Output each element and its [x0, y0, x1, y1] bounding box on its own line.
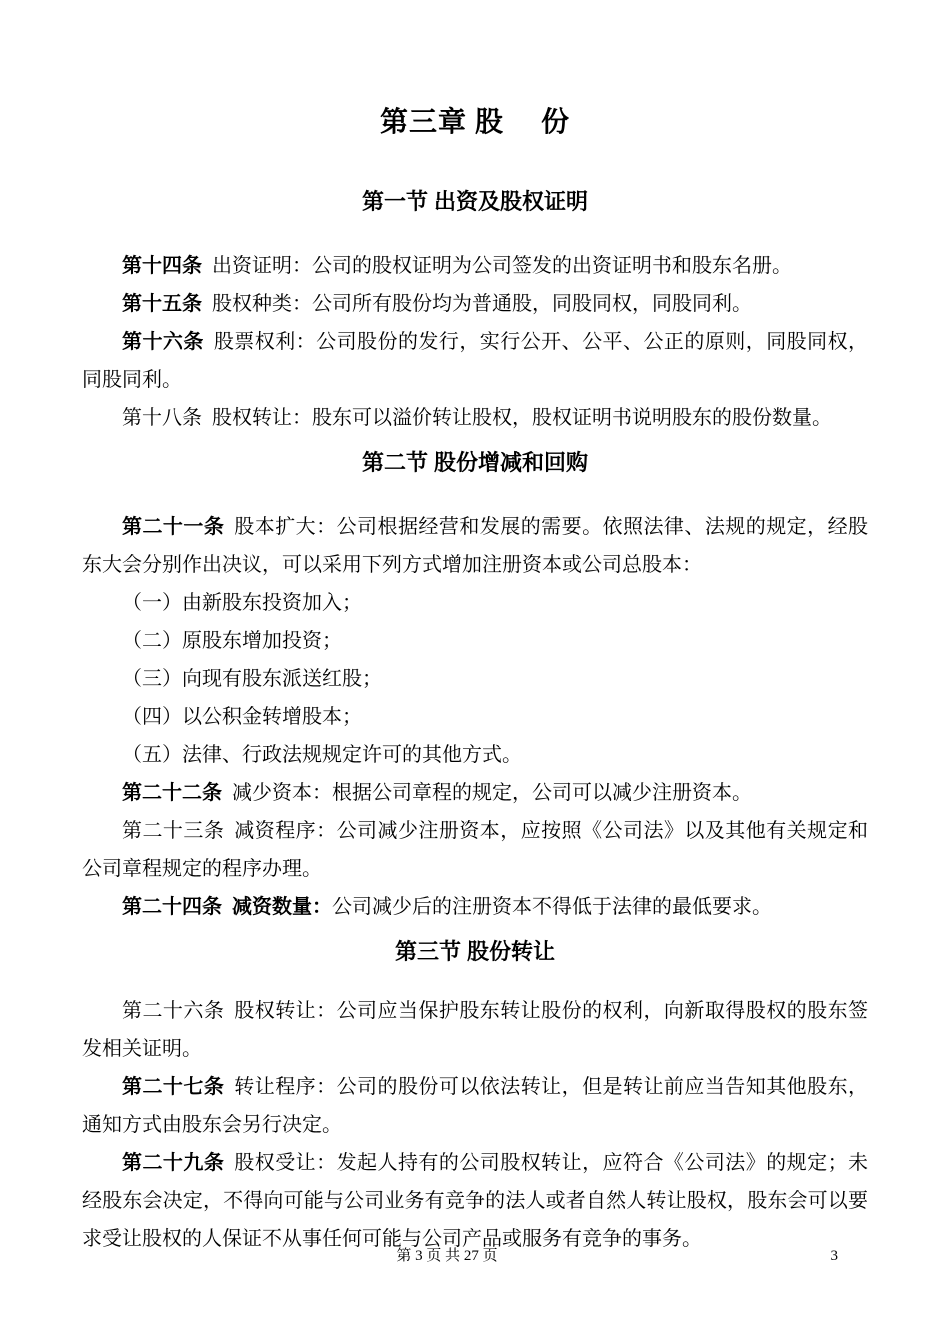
- article-term: 股权种类：: [212, 293, 312, 315]
- list-item-text: （四）以公积金转增股本；: [122, 706, 362, 728]
- article-18: 第十八条股权转让：股东可以溢价转让股权，股权证明书说明股东的股份数量。: [82, 399, 868, 437]
- article-number: 第二十四条: [122, 896, 222, 918]
- article-27: 第二十七条转让程序：公司的股份可以依法转让，但是转让前应当告知其他股东，通知方式…: [82, 1068, 868, 1144]
- article-text: 根据公司章程的规定，公司可以减少注册资本。: [332, 782, 752, 804]
- article-term: 股票权利：: [214, 331, 316, 353]
- article-term: 减少资本：: [232, 782, 332, 804]
- article-number: 第十八条: [122, 407, 202, 429]
- article-text: 公司的股权证明为公司签发的出资证明书和股东名册。: [312, 255, 792, 277]
- article-term: 转让程序：: [234, 1076, 336, 1098]
- list-item-text: （一）由新股东投资加入；: [122, 592, 362, 614]
- article-number: 第二十二条: [122, 782, 222, 804]
- method-item-4: （四）以公积金转增股本；: [82, 698, 868, 736]
- article-text: 公司减少后的注册资本不得低于法律的最低要求。: [332, 896, 772, 918]
- document-content: 第三章 股 份 第一节 出资及股权证明 第十四条出资证明：公司的股权证明为公司签…: [0, 0, 950, 1258]
- article-number: 第十五条: [122, 293, 202, 315]
- article-21: 第二十一条股本扩大：公司根据经营和发展的需要。依照法律、法规的规定，经股东大会分…: [82, 508, 868, 584]
- method-item-1: （一）由新股东投资加入；: [82, 584, 868, 622]
- article-term: 减资程序：: [234, 820, 336, 842]
- article-number: 第二十六条: [122, 1000, 224, 1022]
- section-heading-3: 第三节 股份转让: [82, 937, 868, 967]
- article-number: 第二十一条: [122, 516, 224, 538]
- article-number: 第十四条: [122, 255, 202, 277]
- article-text: 股东可以溢价转让股权，股权证明书说明股东的股份数量。: [312, 407, 832, 429]
- article-text: 公司所有股份均为普通股，同股同权，同股同利。: [312, 293, 752, 315]
- article-14: 第十四条出资证明：公司的股权证明为公司签发的出资证明书和股东名册。: [82, 247, 868, 285]
- article-number: 第二十三条: [122, 820, 224, 842]
- footer-page-number: 3: [831, 1246, 839, 1266]
- article-term: 股权转让：: [234, 1000, 336, 1022]
- article-24: 第二十四条减资数量：公司减少后的注册资本不得低于法律的最低要求。: [82, 888, 868, 926]
- list-item-text: （二）原股东增加投资；: [122, 630, 342, 652]
- article-term: 股权转让：: [212, 407, 312, 429]
- article-number: 第十六条: [122, 331, 204, 353]
- article-23: 第二十三条减资程序：公司减少注册资本，应按照《公司法》以及其他有关规定和公司章程…: [82, 812, 868, 888]
- article-term: 股本扩大：: [234, 516, 336, 538]
- chapter-title: 第三章 股 份: [82, 103, 868, 143]
- article-number: 第二十七条: [122, 1076, 224, 1098]
- article-26: 第二十六条股权转让：公司应当保护股东转让股份的权利，向新取得股权的股东签发相关证…: [82, 992, 868, 1068]
- footer-page-info: 第 3 页 共 27 页: [396, 1246, 497, 1266]
- list-item-text: （三）向现有股东派送红股；: [122, 668, 382, 690]
- article-number: 第二十九条: [122, 1152, 224, 1174]
- article-16: 第十六条股票权利：公司股份的发行，实行公开、公平、公正的原则，同股同权，同股同利…: [82, 323, 868, 399]
- document-page: 第三章 股 份 第一节 出资及股权证明 第十四条出资证明：公司的股权证明为公司签…: [0, 0, 950, 1344]
- section-heading-2: 第二节 股份增减和回购: [82, 448, 868, 478]
- method-item-3: （三）向现有股东派送红股；: [82, 660, 868, 698]
- article-29: 第二十九条股权受让：发起人持有的公司股权转让，应符合《公司法》的规定；未经股东会…: [82, 1144, 868, 1258]
- list-item-text: （五）法律、行政法规规定许可的其他方式。: [122, 744, 522, 766]
- method-item-5: （五）法律、行政法规规定许可的其他方式。: [82, 736, 868, 774]
- page-footer: 第 3 页 共 27 页 3: [0, 1246, 950, 1272]
- article-15: 第十五条股权种类：公司所有股份均为普通股，同股同权，同股同利。: [82, 285, 868, 323]
- section-heading-1: 第一节 出资及股权证明: [82, 187, 868, 217]
- article-term: 减资数量：: [232, 896, 332, 918]
- article-term: 出资证明：: [212, 255, 312, 277]
- article-22: 第二十二条减少资本：根据公司章程的规定，公司可以减少注册资本。: [82, 774, 868, 812]
- article-term: 股权受让：: [234, 1152, 336, 1174]
- method-item-2: （二）原股东增加投资；: [82, 622, 868, 660]
